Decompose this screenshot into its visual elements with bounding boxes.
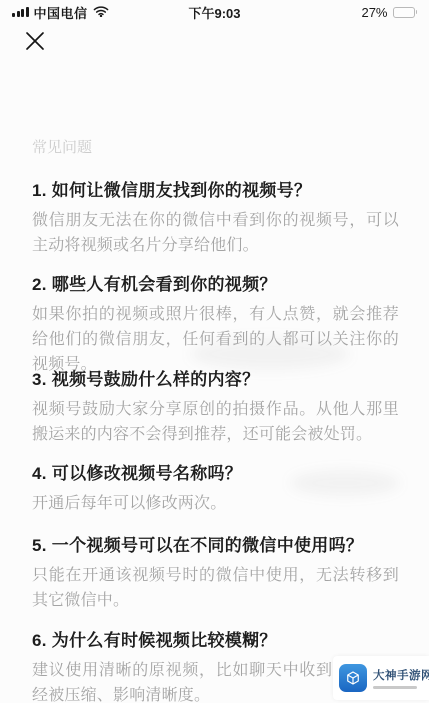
faq-answer: 微信朋友无法在你的微信中看到你的视频号，可以主动将视频或名片分享给他们。 — [32, 208, 399, 258]
faq-question: 2. 哪些人有机会看到你的视频？ — [32, 273, 399, 297]
faq-item-3: 3. 视频号鼓励什么样的内容？ 视频号鼓励大家分享原创的拍摄作品。从他人那里搬运… — [32, 368, 399, 447]
faq-question: 4. 可以修改视频号名称吗？ — [32, 462, 399, 486]
watermark-name: 大神手游网 — [373, 667, 429, 683]
battery-icon — [393, 7, 418, 18]
cellular-signal-icon — [12, 7, 29, 17]
watermark-url — [373, 686, 417, 689]
wifi-icon — [93, 5, 109, 20]
faq-answer: 视频号鼓励大家分享原创的拍摄作品。从他人那里搬运来的内容不会得到推荐，还可能会被… — [32, 397, 399, 447]
faq-question: 6. 为什么有时候视频比较模糊？ — [32, 629, 399, 653]
faq-question: 5. 一个视频号可以在不同的微信中使用吗？ — [32, 534, 399, 558]
faq-answer: 如果你拍的视频或照片很棒，有人点赞，就会推荐给他们的微信朋友，任何看到的人都可以… — [32, 302, 399, 377]
faq-answer: 只能在开通该视频号时的微信中使用，无法转移到其它微信中。 — [32, 563, 399, 613]
faq-answer: 开通后每年可以修改两次。 — [32, 491, 399, 516]
cube-logo-icon — [339, 664, 367, 692]
faq-item-1: 1. 如何让微信朋友找到你的视频号？ 微信朋友无法在你的微信中看到你的视频号，可… — [32, 179, 399, 258]
faq-item-5: 5. 一个视频号可以在不同的微信中使用吗？ 只能在开通该视频号时的微信中使用，无… — [32, 534, 399, 613]
status-bar: 下午9:03 中国电信 27% — [0, 0, 429, 22]
watermark-badge: 大神手游网 — [333, 656, 429, 700]
faq-question: 1. 如何让微信朋友找到你的视频号？ — [32, 179, 399, 203]
carrier-label: 中国电信 — [34, 3, 88, 22]
faq-item-2: 2. 哪些人有机会看到你的视频？ 如果你拍的视频或照片很棒，有人点赞，就会推荐给… — [32, 273, 399, 377]
section-label: 常见问题 — [32, 136, 92, 157]
close-icon — [24, 30, 46, 52]
faq-question: 3. 视频号鼓励什么样的内容？ — [32, 368, 399, 392]
close-button[interactable] — [24, 30, 46, 52]
battery-percent-label: 27% — [361, 5, 387, 20]
faq-item-4: 4. 可以修改视频号名称吗？ 开通后每年可以修改两次。 — [32, 462, 399, 516]
